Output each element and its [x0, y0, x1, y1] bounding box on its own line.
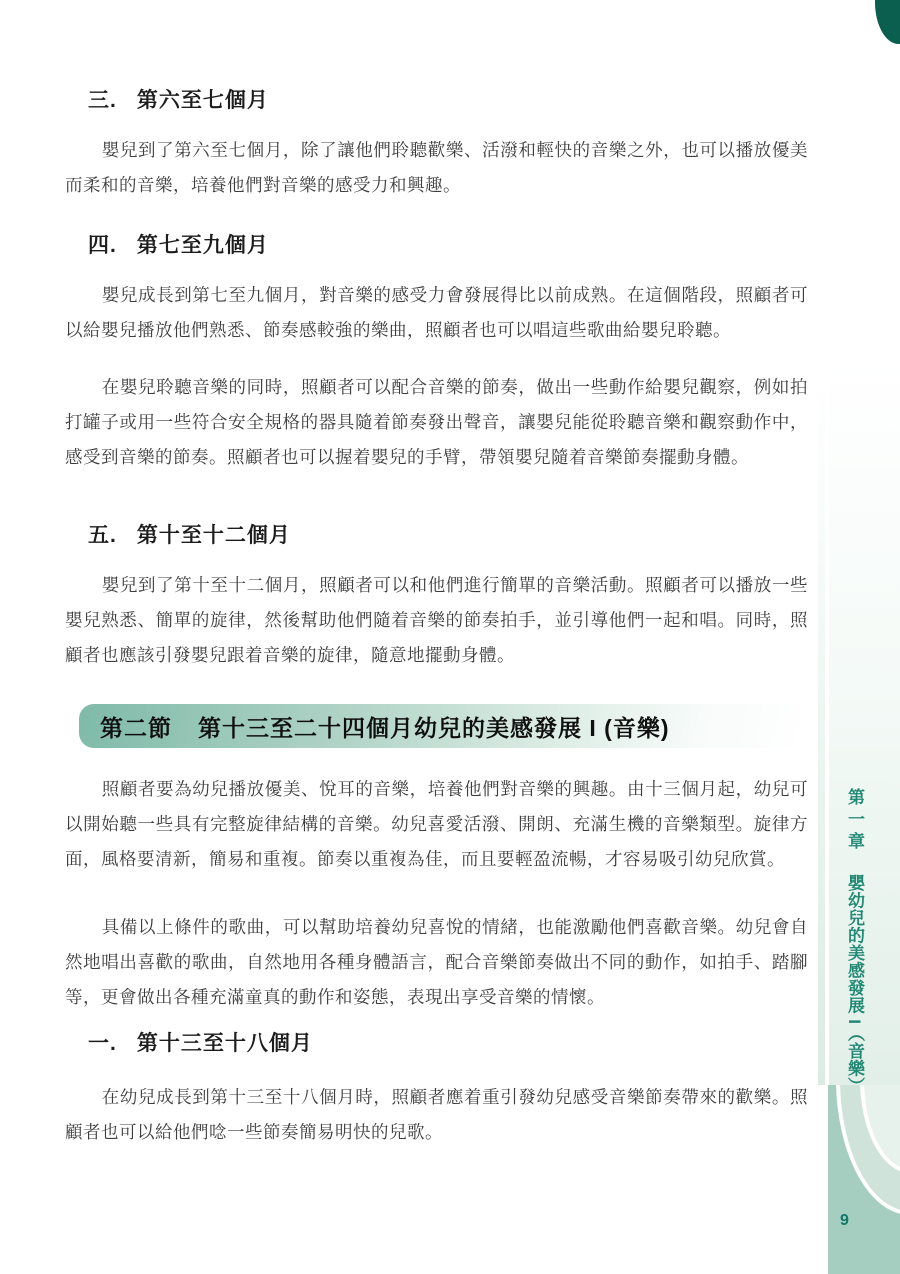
right-rail-thin-strip — [818, 380, 825, 1085]
heading-months-7-9: 四. 第七至九個月 — [88, 229, 269, 259]
top-right-corner-decoration — [875, 0, 900, 44]
page-number: 9 — [840, 1212, 849, 1230]
heading-months-10-12: 五. 第十至十二個月 — [88, 519, 291, 549]
heading-months-13-18: 一. 第十三至十八個月 — [88, 1027, 313, 1057]
heading-number: 四. — [88, 229, 117, 259]
sidebar-chapter-title: 嬰幼兒的美感發展 I（音樂） — [835, 874, 867, 1094]
section-banner: 第二節 第十三至二十四個月幼兒的美感發展 I (音樂) — [79, 704, 805, 748]
heading-number: 三. — [88, 84, 117, 114]
paragraph-section2-intro-b: 具備以上條件的歌曲，可以幫助培養幼兒喜悅的情緒，也能激勵他們喜歡音樂。幼兒會自然… — [65, 910, 808, 1015]
heading-title: 第六至七個月 — [137, 84, 269, 114]
sidebar-chapter-label: 第一章 — [835, 788, 867, 854]
paragraph-months-10-12: 嬰兒到了第十至十二個月，照顧者可以和他們進行簡單的音樂活動。照顧者可以播放一些嬰… — [65, 568, 808, 673]
heading-number: 五. — [88, 519, 117, 549]
section-banner-label: 第二節 — [100, 710, 172, 743]
heading-number: 一. — [88, 1027, 117, 1057]
heading-title: 第十三至十八個月 — [137, 1027, 313, 1057]
paragraph-months-7-9-a: 嬰兒成長到第七至九個月，對音樂的感受力會發展得比以前成熟。在這個階段，照顧者可以… — [65, 278, 808, 348]
footer-teal-block — [828, 1085, 900, 1274]
paragraph-months-7-9-b: 在嬰兒聆聽音樂的同時，照顧者可以配合音樂的節奏，做出一些動作給嬰兒觀察，例如拍打… — [65, 370, 808, 475]
heading-months-6-7: 三. 第六至七個月 — [88, 84, 269, 114]
paragraph-months-6-7: 嬰兒到了第六至七個月，除了讓他們聆聽歡樂、活潑和輕快的音樂之外，也可以播放優美而… — [65, 133, 808, 203]
document-page: 第一章 嬰幼兒的美感發展 I（音樂） 9 三. 第六至七個月 嬰兒到了第六至七個… — [0, 0, 900, 1274]
section-banner-title: 第十三至二十四個月幼兒的美感發展 I (音樂) — [198, 710, 670, 743]
heading-title: 第七至九個月 — [137, 229, 269, 259]
paragraph-months-13-18: 在幼兒成長到第十三至十八個月時，照顧者應着重引發幼兒感受音樂節奏帶來的歡樂。照顧… — [65, 1080, 808, 1150]
heading-title: 第十至十二個月 — [137, 519, 291, 549]
paragraph-section2-intro-a: 照顧者要為幼兒播放優美、悅耳的音樂，培養他們對音樂的興趣。由十三個月起，幼兒可以… — [65, 772, 808, 877]
